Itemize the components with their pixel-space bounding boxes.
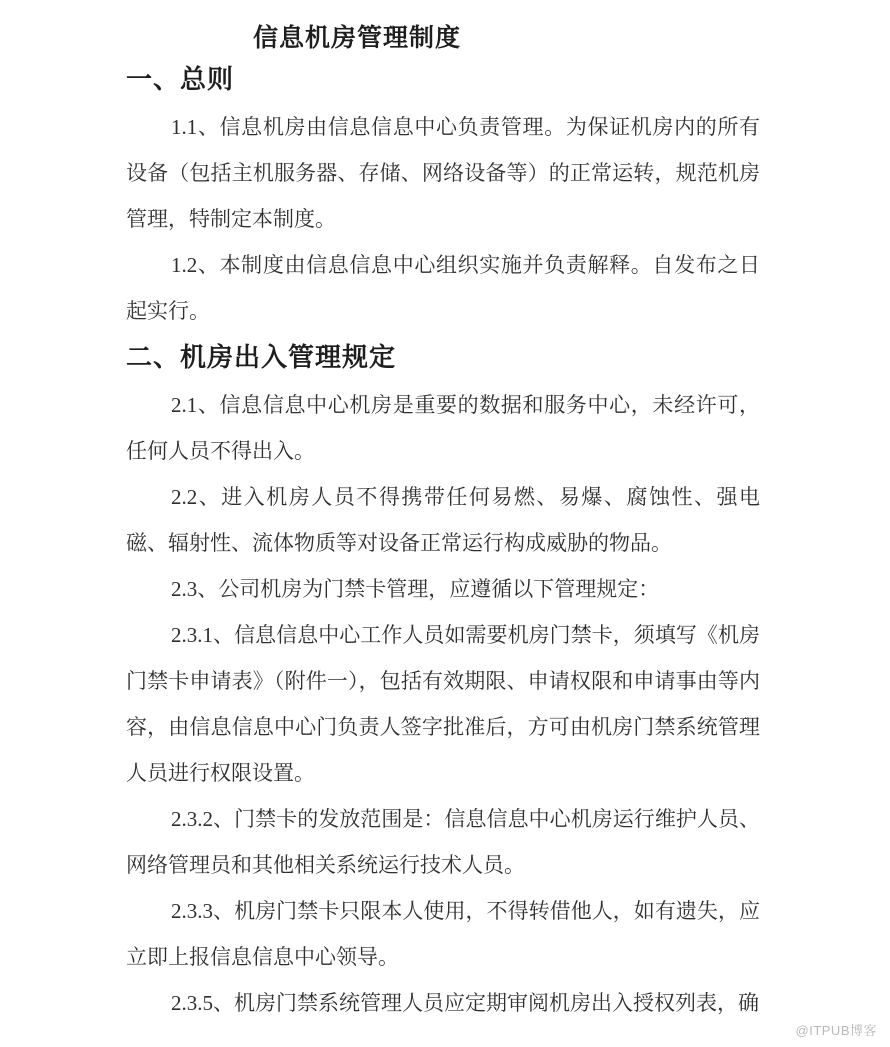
document-section: 一、总则1.1、信息机房由信息信息中心负责管理。为保证机房内的所有设备（包括主机… <box>126 60 760 334</box>
paragraph: 2.3、公司机房为门禁卡管理，应遵循以下管理规定： <box>126 566 760 612</box>
document-section: 二、机房出入管理规定2.1、信息信息中心机房是重要的数据和服务中心，未经许可，任… <box>126 338 760 1026</box>
document-title: 信息机房管理制度 <box>126 22 760 56</box>
paragraph: 2.2、进入机房人员不得携带任何易燃、易爆、腐蚀性、强电磁、辐射性、流体物质等对… <box>126 474 760 566</box>
paragraph: 2.3.5、机房门禁系统管理人员应定期审阅机房出入授权列表，确 <box>126 980 760 1026</box>
watermark: @ITPUB博客 <box>796 1020 877 1039</box>
paragraph: 2.3.2、门禁卡的发放范围是：信息信息中心机房运行维护人员、网络管理员和其他相… <box>126 796 760 888</box>
paragraph: 1.1、信息机房由信息信息中心负责管理。为保证机房内的所有设备（包括主机服务器、… <box>126 104 760 242</box>
document-body: 一、总则1.1、信息机房由信息信息中心负责管理。为保证机房内的所有设备（包括主机… <box>126 60 760 1026</box>
section-heading: 二、机房出入管理规定 <box>126 338 760 378</box>
document-page: 信息机房管理制度 一、总则1.1、信息机房由信息信息中心负责管理。为保证机房内的… <box>0 0 890 1047</box>
paragraph: 2.1、信息信息中心机房是重要的数据和服务中心，未经许可，任何人员不得出入。 <box>126 382 760 474</box>
paragraph: 2.3.1、信息信息中心工作人员如需要机房门禁卡，须填写《机房门禁卡申请表》（附… <box>126 612 760 796</box>
paragraph: 2.3.3、机房门禁卡只限本人使用，不得转借他人，如有遗失，应立即上报信息信息中… <box>126 888 760 980</box>
paragraph: 1.2、本制度由信息信息中心组织实施并负责解释。自发布之日起实行。 <box>126 242 760 334</box>
section-heading: 一、总则 <box>126 60 760 100</box>
